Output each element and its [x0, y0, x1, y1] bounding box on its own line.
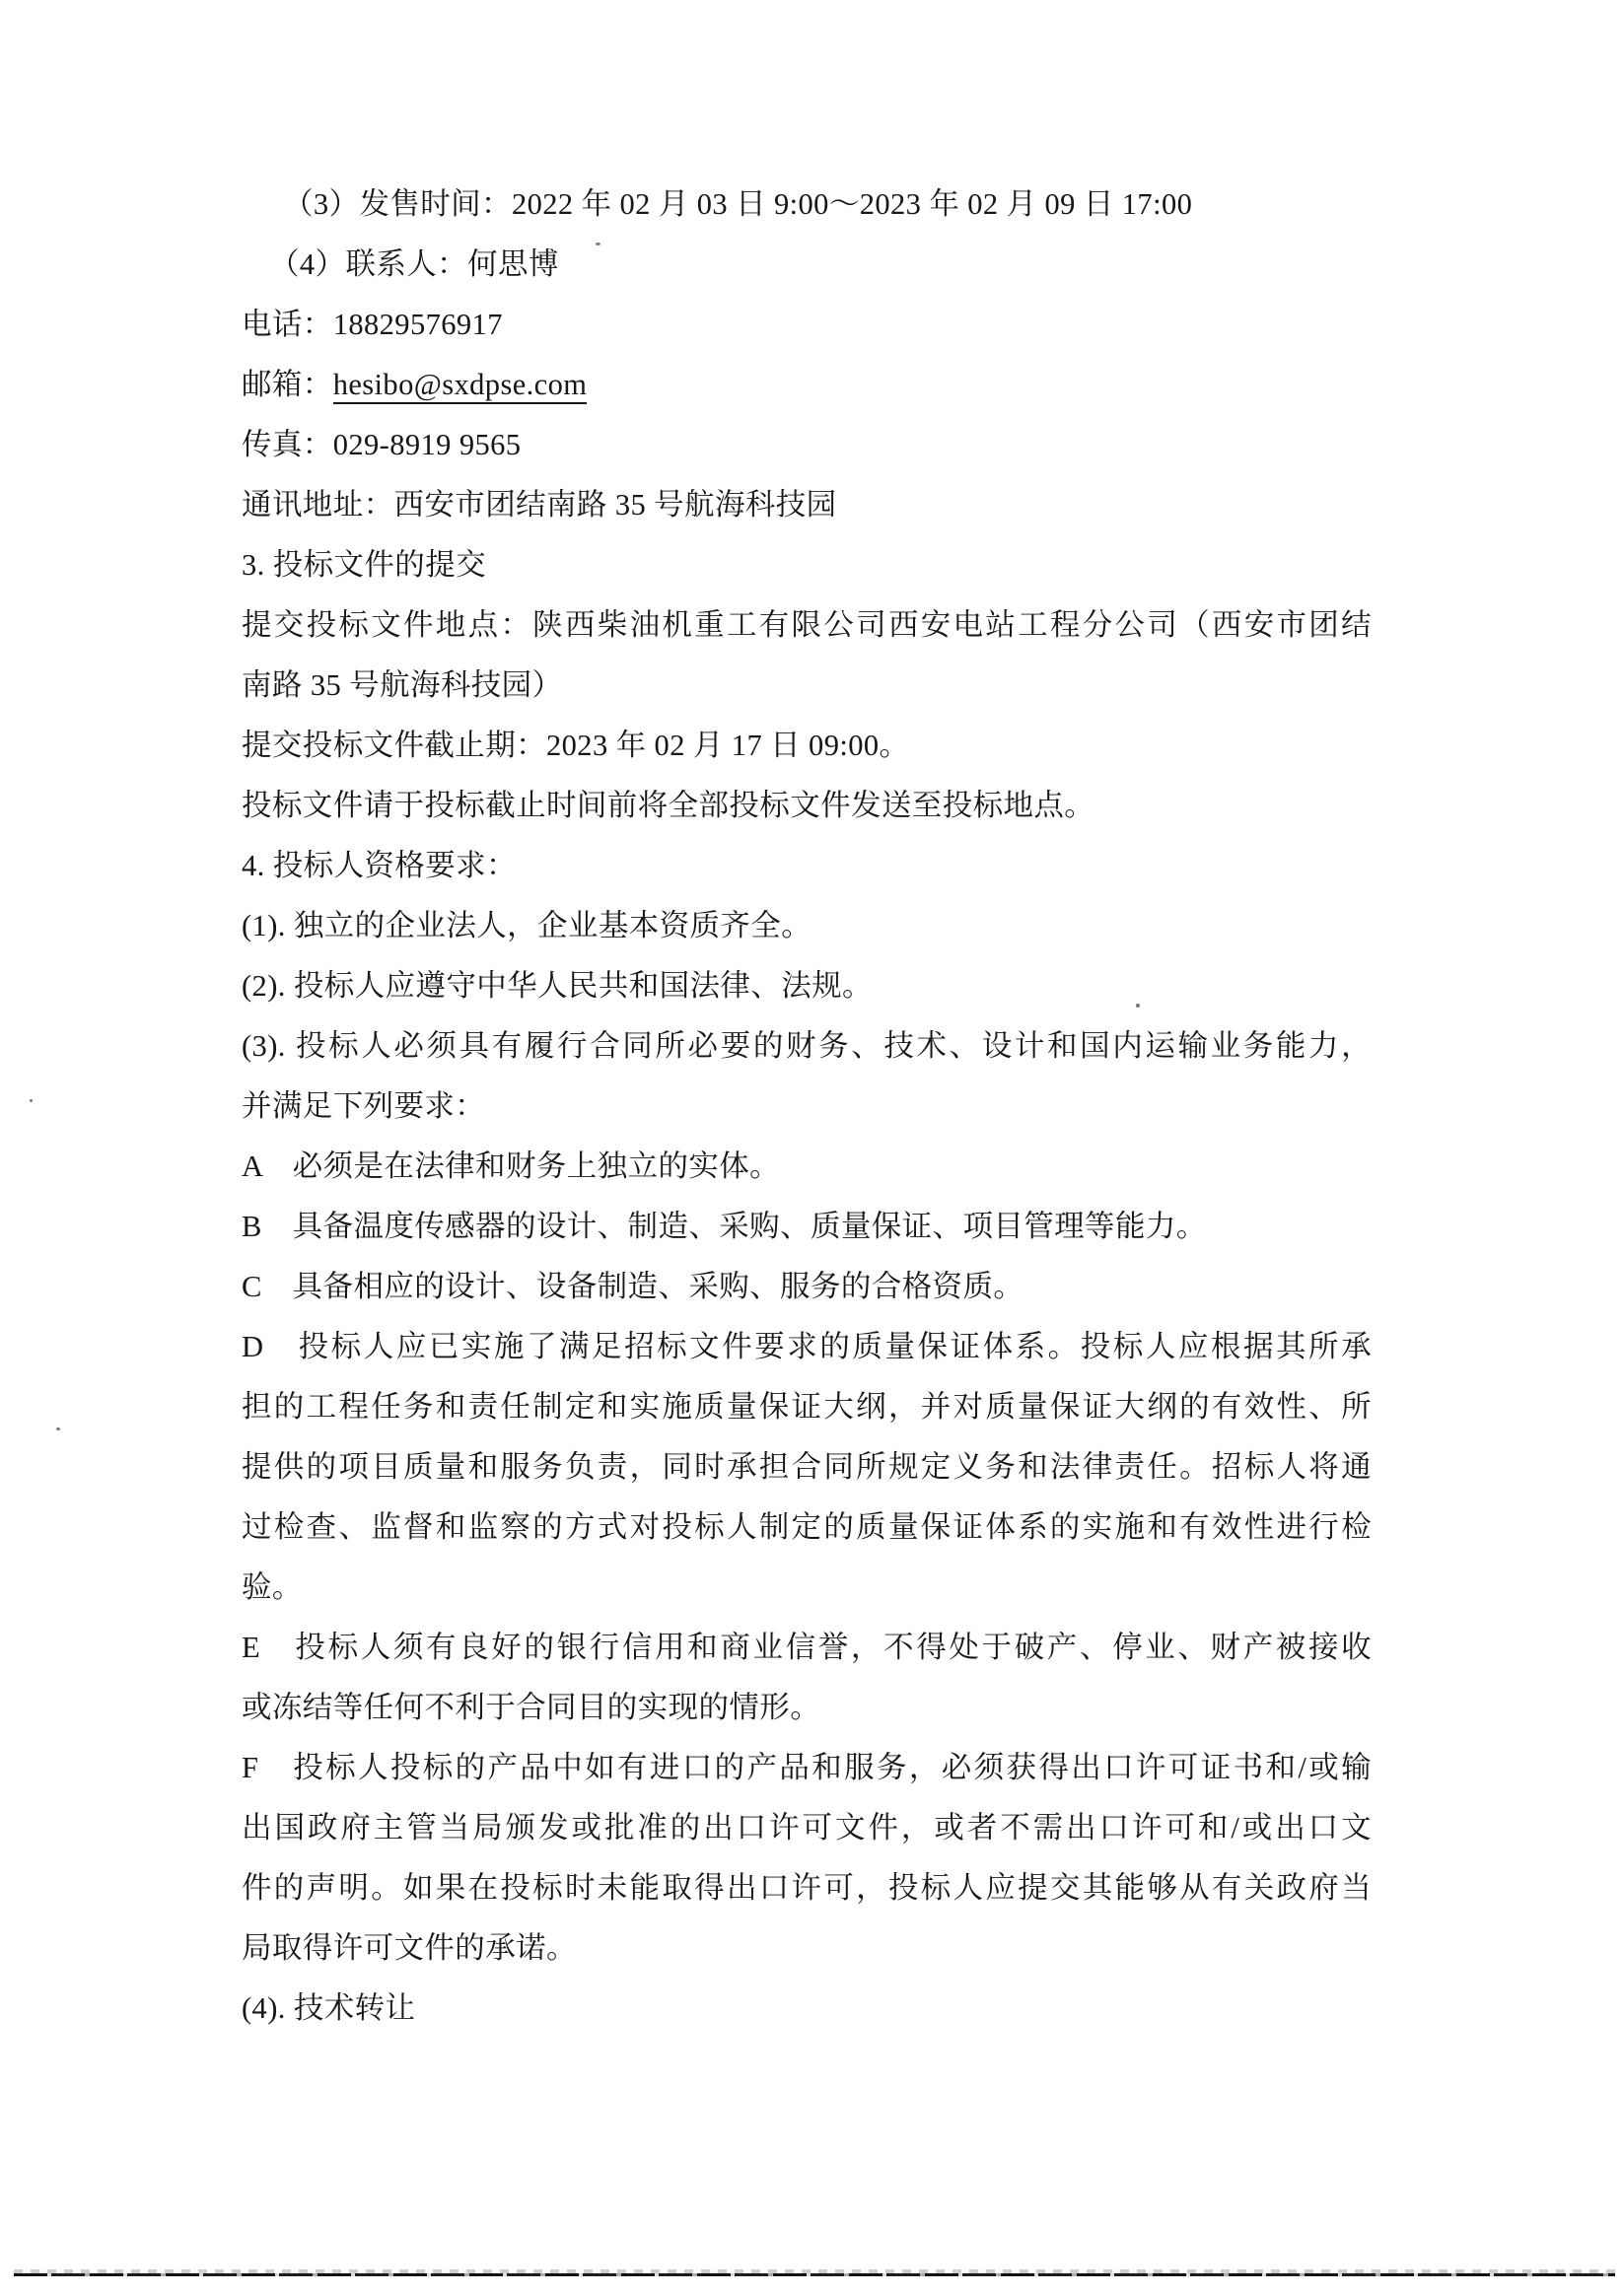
scan-speck	[30, 1099, 33, 1102]
line-requirement-f-3: 件的声明。如果在投标时未能取得出口许可，投标人应提交其能够从有关政府当	[242, 1858, 1372, 1918]
email-address: hesibo@sxdpse.com	[333, 368, 588, 404]
line-requirement-b: B 具备温度传感器的设计、制造、采购、质量保证、项目管理等能力。	[242, 1197, 1372, 1257]
line-requirement-e-1: E 投标人须有良好的银行信用和商业信誉，不得处于破产、停业、财产被接收	[242, 1618, 1372, 1678]
email-label: 邮箱：	[242, 368, 333, 401]
line-contact-person: （4）联系人：何思博	[242, 235, 1372, 295]
line-requirement-e-2: 或冻结等任何不利于合同目的实现的情形。	[242, 1678, 1372, 1738]
line-qualification-3-2: 并满足下列要求：	[242, 1077, 1372, 1137]
line-qualification-1: (1). 独立的企业法人，企业基本资质齐全。	[242, 896, 1372, 956]
page-bottom-scan-line	[14, 2273, 1615, 2276]
line-submit-location-1: 提交投标文件地点：陕西柴油机重工有限公司西安电站工程分公司（西安市团结	[242, 595, 1372, 656]
scan-speck	[596, 243, 600, 245]
line-requirement-f-4: 局取得许可文件的承诺。	[242, 1918, 1372, 1979]
line-requirement-d-4: 过检查、监督和监察的方式对投标人制定的质量保证体系的实施和有效性进行检	[242, 1497, 1372, 1558]
line-qualification-3-1: (3). 投标人必须具有履行合同所必要的财务、技术、设计和国内运输业务能力，	[242, 1016, 1372, 1077]
line-submit-deadline: 提交投标文件截止期：2023 年 02 月 17 日 09:00。	[242, 716, 1372, 776]
line-requirement-d-1: D 投标人应已实施了满足招标文件要求的质量保证体系。投标人应根据其所承	[242, 1317, 1372, 1377]
document-page: （3）发售时间：2022 年 02 月 03 日 9:00～2023 年 02 …	[0, 0, 1623, 2296]
line-requirement-f-1: F 投标人投标的产品中如有进口的产品和服务，必须获得出口许可证书和/或输	[242, 1738, 1372, 1798]
scan-speck	[56, 1427, 60, 1430]
line-sale-time: （3）发售时间：2022 年 02 月 03 日 9:00～2023 年 02 …	[242, 174, 1372, 235]
line-requirement-d-5: 验。	[242, 1558, 1372, 1618]
line-phone: 电话：18829576917	[242, 295, 1372, 355]
line-requirement-f-2: 出国政府主管当局颁发或批准的出口许可文件，或者不需出口许可和/或出口文	[242, 1798, 1372, 1858]
line-requirement-c: C 具备相应的设计、设备制造、采购、服务的合格资质。	[242, 1257, 1372, 1317]
line-submit-note: 投标文件请于投标截止时间前将全部投标文件发送至投标地点。	[242, 776, 1372, 836]
line-email: 邮箱：hesibo@sxdpse.com	[242, 355, 1372, 415]
heading-bidder-qualifications: 4. 投标人资格要求：	[242, 836, 1372, 896]
heading-bid-submission: 3. 投标文件的提交	[242, 535, 1372, 595]
line-submit-location-2: 南路 35 号航海科技园）	[242, 656, 1372, 716]
line-postal-address: 通讯地址：西安市团结南路 35 号航海科技园	[242, 475, 1372, 535]
line-fax: 传真：029-8919 9565	[242, 415, 1372, 475]
line-qualification-2: (2). 投标人应遵守中华人民共和国法律、法规。	[242, 956, 1372, 1016]
line-requirement-a: A 必须是在法律和财务上独立的实体。	[242, 1137, 1372, 1197]
line-requirement-d-3: 提供的项目质量和服务负责，同时承担合同所规定义务和法律责任。招标人将通	[242, 1437, 1372, 1497]
document-body: （3）发售时间：2022 年 02 月 03 日 9:00～2023 年 02 …	[242, 174, 1372, 2039]
line-tech-transfer: (4). 技术转让	[242, 1979, 1372, 2039]
line-requirement-d-2: 担的工程任务和责任制定和实施质量保证大纲，并对质量保证大纲的有效性、所	[242, 1377, 1372, 1437]
scan-speck	[1136, 1004, 1140, 1008]
